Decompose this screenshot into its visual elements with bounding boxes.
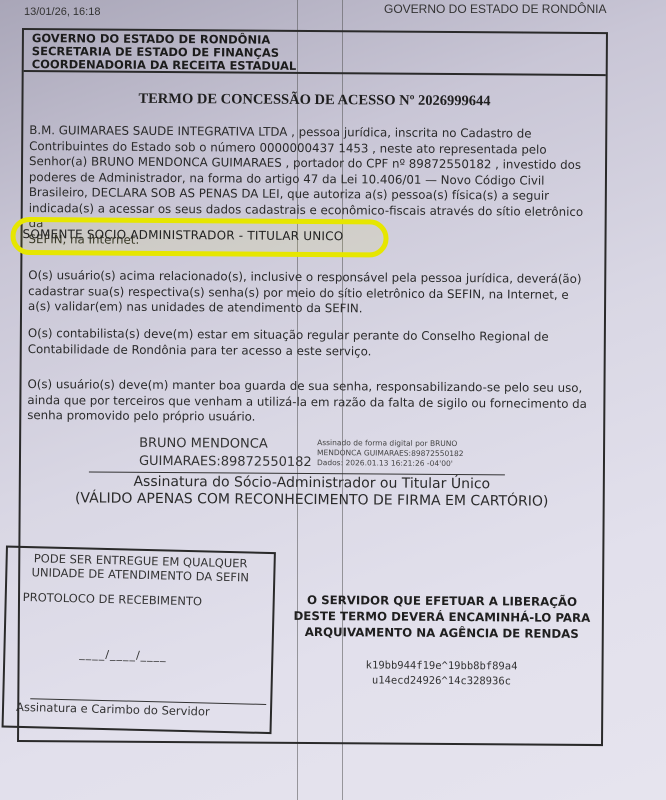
server-instructions: O SERVIDOR QUE EFETUAR A LIBERAÇÃO DESTE… — [282, 592, 602, 642]
authorized-person: SOMENTE SOCIO ADMINISTRADOR - TITULAR UN… — [23, 227, 344, 243]
document-title: TERMO DE CONCESSÃO DE ACESSO Nº 20269996… — [23, 90, 605, 111]
print-timestamp: 13/01/26, 16:18 — [24, 6, 100, 18]
text-line: (VÁLIDO APENAS COM RECONHECIMENTO DE FIR… — [21, 490, 603, 511]
print-page-title: GOVERNO DO ESTADO DE RONDÔNIA — [384, 2, 606, 16]
verification-codes: k19bb944f19e^19bb8bf89a4 u14ecd24926^14c… — [281, 658, 601, 690]
accountants-paragraph: O(s) contabilista(s) deve(m) estar em si… — [28, 326, 594, 361]
organization-header: GOVERNO DO ESTADO DE RONDÔNIA SECRETARIA… — [24, 30, 606, 76]
signer-name: BRUNO MENDONCA GUIMARAES:89872550182 — [139, 435, 312, 472]
users-paragraph: O(s) usuário(s) acima relacionado(s), in… — [28, 268, 594, 318]
password-paragraph: O(s) usuário(s) deve(m) manter boa guard… — [27, 377, 593, 427]
text-line: Dados: 2026.01.13 16:21:26 -04'00' — [317, 458, 464, 469]
signature-caption: Assinatura do Sócio-Administrador ou Tit… — [21, 473, 603, 511]
authorized-person-highlight: SOMENTE SOCIO ADMINISTRADOR - TITULAR UN… — [10, 217, 388, 258]
hash-code: u14ecd24926^14c328936c — [281, 673, 601, 690]
digital-signature-meta: Assinado de forma digital por BRUNO MEND… — [317, 438, 464, 469]
receipt-box: PODE SER ENTREGUE EM QUALQUER UNIDADE DE… — [2, 546, 276, 735]
text-line: BRUNO MENDONCA — [139, 435, 312, 454]
document-frame: GOVERNO DO ESTADO DE RONDÔNIA SECRETARIA… — [17, 28, 608, 746]
protocol-label: PROTOLOCO DE RECEBIMENTO — [23, 590, 203, 608]
text-line: GUIMARAES:89872550182 — [139, 453, 312, 472]
receipt-title: PODE SER ENTREGUE EM QUALQUER UNIDADE DE… — [7, 551, 274, 585]
date-blank: ____/____/____ — [79, 647, 167, 662]
text-line: ARQUIVAMENTO NA AGÊNCIA DE RENDAS — [282, 624, 602, 642]
org-line: COORDENADORIA DA RECEITA ESTADUAL — [24, 58, 606, 75]
